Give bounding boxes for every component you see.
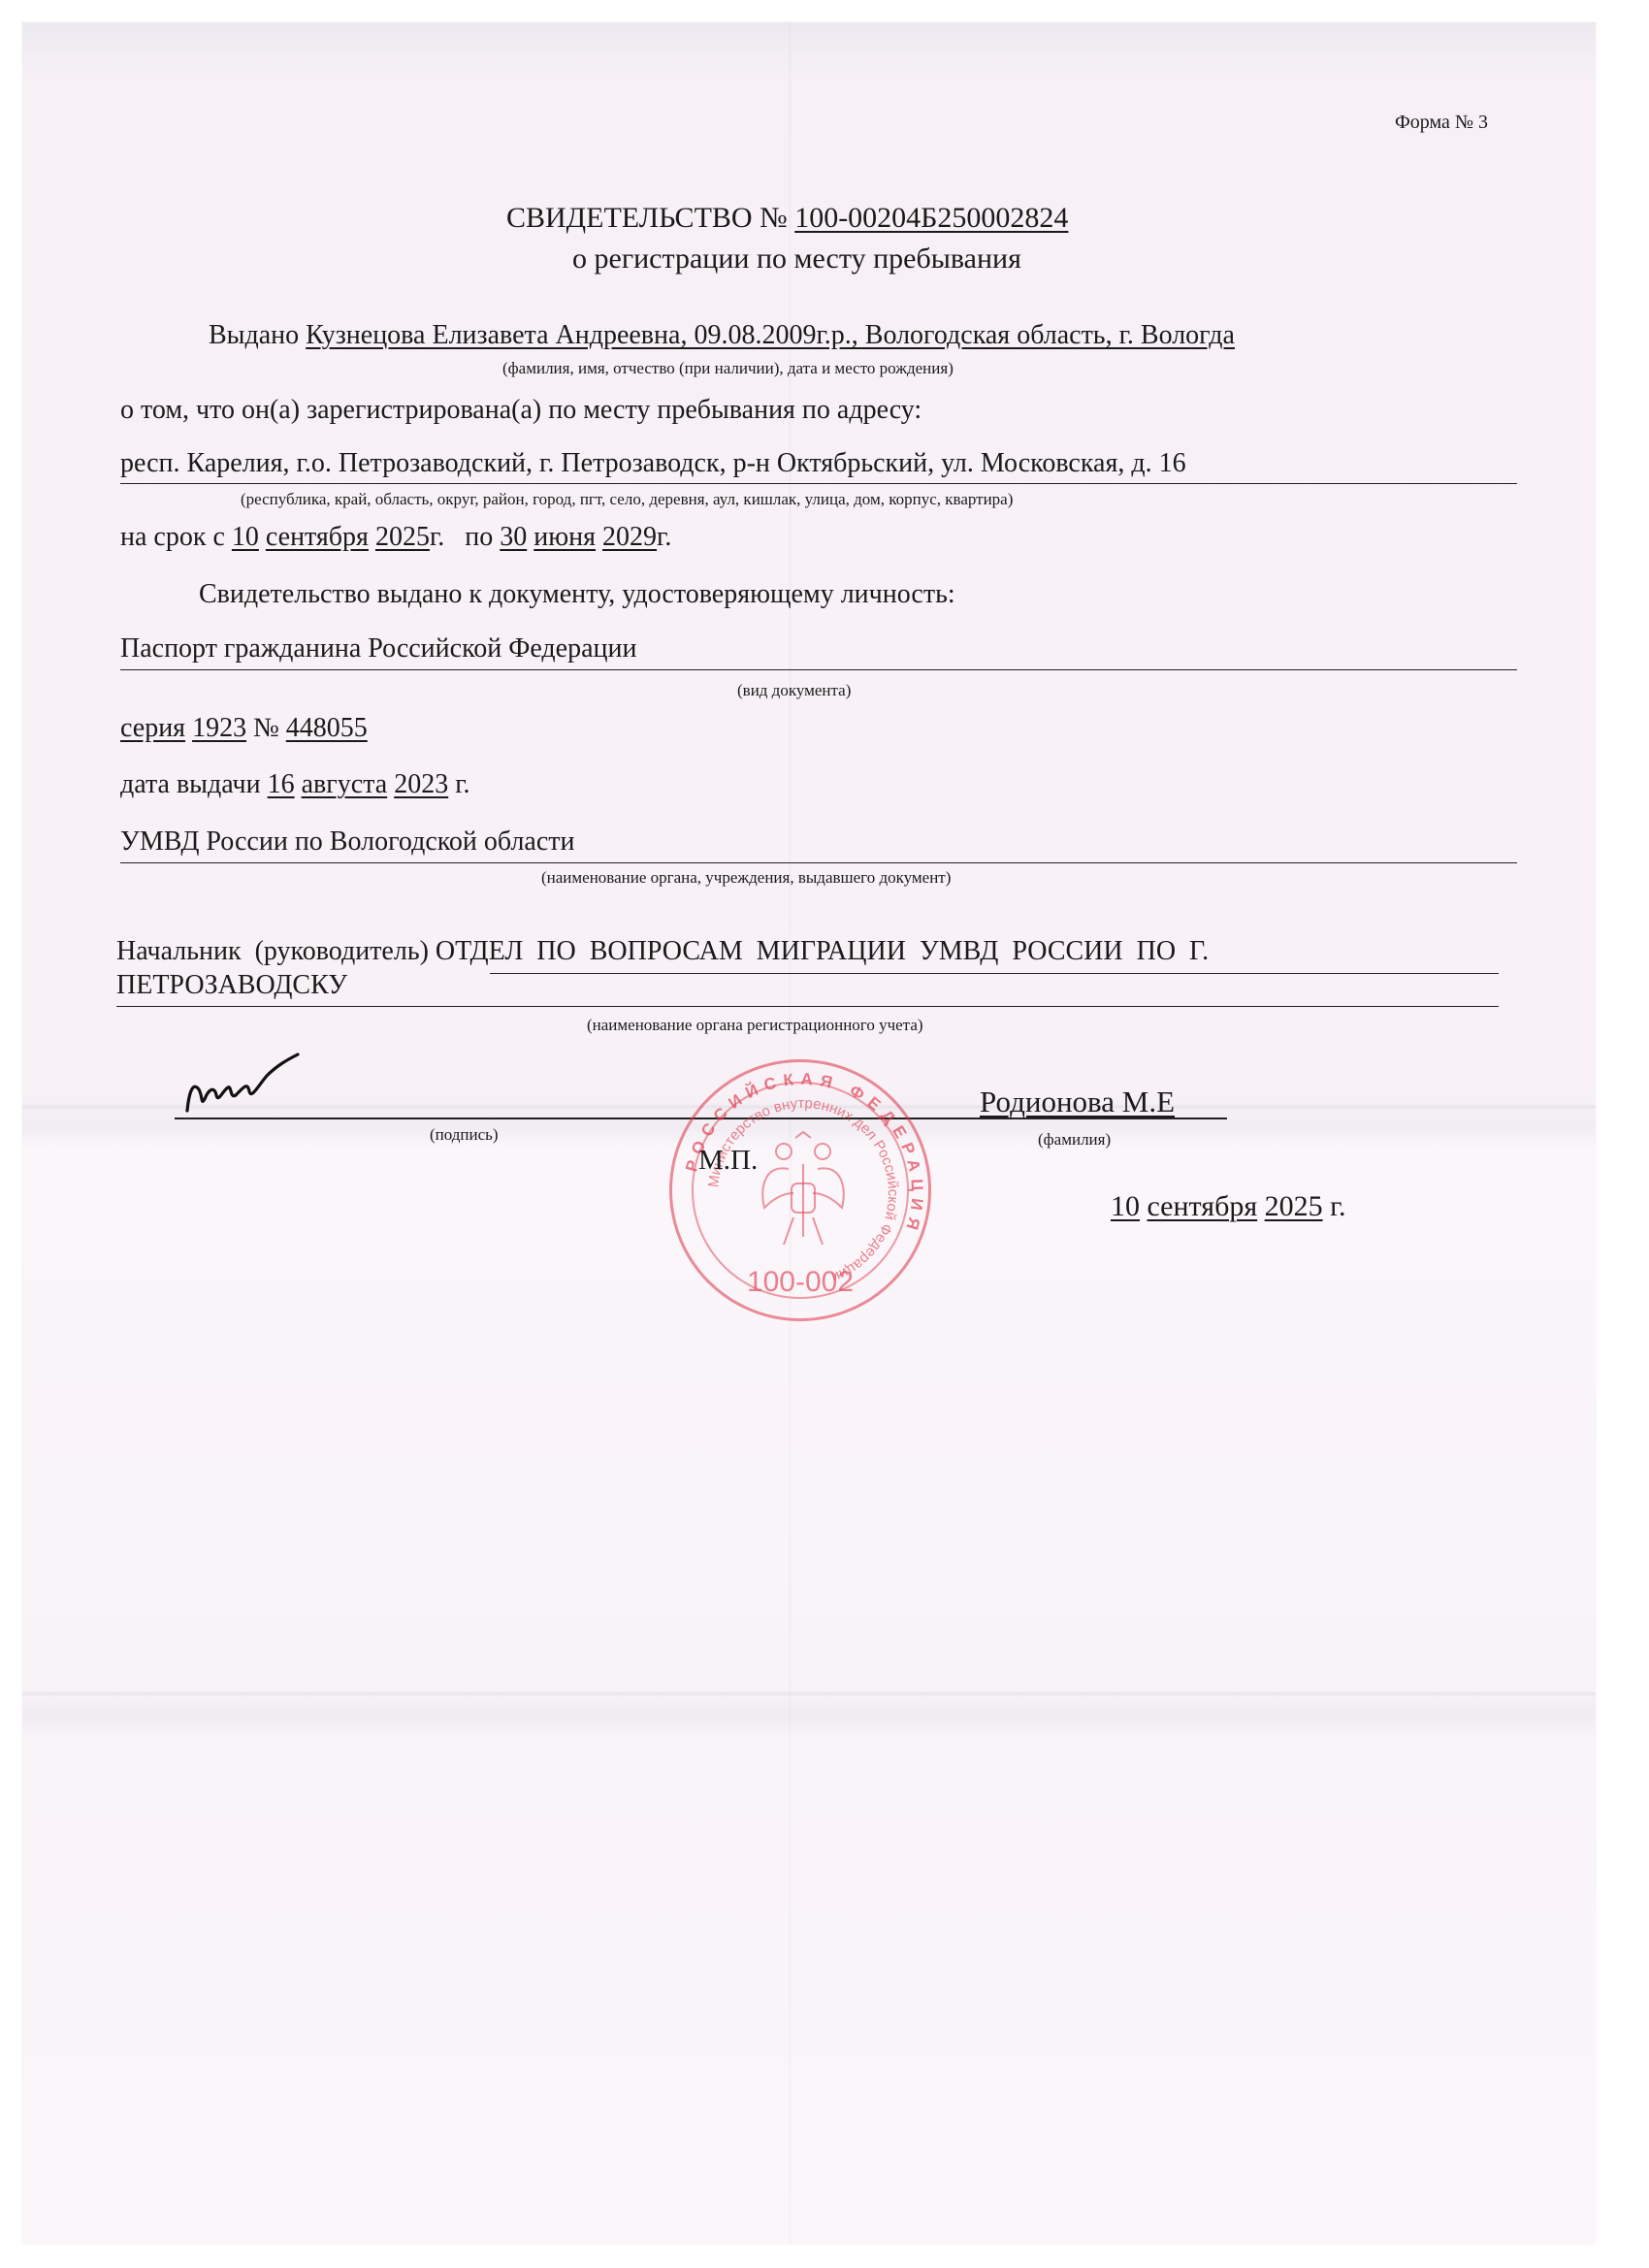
title-prefix: СВИДЕТЕЛЬСТВО № <box>506 202 788 234</box>
double-headed-eagle-icon <box>755 1130 852 1256</box>
issuer-underline <box>120 862 1517 863</box>
period-to-year: 2029 <box>602 522 657 552</box>
id-doc-type-value: Паспорт гражданина Российской Федерации <box>120 633 636 664</box>
registered-statement: о том, что он(а) зарегистрирована(а) по … <box>120 395 921 426</box>
registration-period: на срок с 10 сентября 2025г. по 30 июня … <box>120 522 671 553</box>
form-label: Форма № 3 <box>1395 112 1488 134</box>
period-from-month: сентября <box>266 522 369 552</box>
certificate-subtitle: о регистрации по месту пребывания <box>572 243 1021 275</box>
issued-to-hint: (фамилия, имя, отчество (при наличии), д… <box>502 359 954 378</box>
identity-statement: Свидетельство выдано к документу, удосто… <box>199 579 955 610</box>
number-label: № <box>253 713 279 743</box>
certificate-title: СВИДЕТЕЛЬСТВО № 100-00204Б250002824 <box>506 202 1068 235</box>
issue-day: 16 <box>268 769 295 799</box>
number-value: 448055 <box>286 713 368 743</box>
issue-date-row: дата выдачи 16 августа 2023 г. <box>120 769 470 800</box>
period-to-month: июня <box>533 522 596 552</box>
registration-authority-line2: ПЕТРОЗАВОДСКУ <box>116 970 347 1001</box>
sign-suffix: г. <box>1330 1190 1345 1222</box>
issuer-hint: (наименование органа, учреждения, выдавш… <box>541 868 951 888</box>
official-seal-stamp: РОССИЙСКАЯ ФЕДЕРАЦИЯ Министерство внутре… <box>669 1059 931 1321</box>
issued-to-label: Выдано <box>209 320 299 350</box>
issued-to-value: Кузнецова Елизавета Андреевна, 09.08.200… <box>306 320 1235 350</box>
official-surname: Родионова М.Е <box>980 1085 1175 1119</box>
passport-series-row: серия 1923 № 448055 <box>120 713 368 744</box>
period-to-suffix: г. <box>657 522 671 552</box>
signature-hint: (подпись) <box>430 1125 499 1145</box>
head-row: Начальник (руководитель) ОТДЕЛ ПО ВОПРОС… <box>116 936 1209 967</box>
period-prefix: на срок с <box>120 522 225 552</box>
id-doc-type-underline <box>120 669 1517 670</box>
handwritten-signature-icon <box>179 1053 306 1120</box>
registration-authority-underline-1 <box>490 973 1499 974</box>
registration-authority-hint: (наименование органа регистрационного уч… <box>587 1016 923 1035</box>
registration-authority-line1: ОТДЕЛ ПО ВОПРОСАМ МИГРАЦИИ УМВД РОССИИ П… <box>429 936 1209 966</box>
period-from-suffix: г. <box>430 522 444 552</box>
paper-fold-horizontal-lower <box>22 1691 1596 1697</box>
id-doc-type-hint: (вид документа) <box>737 681 851 700</box>
official-surname-text: Родионова М.Е <box>980 1085 1175 1118</box>
sign-day: 10 <box>1111 1190 1140 1222</box>
issue-year: 2023 <box>394 769 448 799</box>
registration-authority-underline-2 <box>116 1006 1499 1007</box>
sign-date: 10 сентября 2025 г. <box>1111 1190 1346 1223</box>
issue-month: августа <box>302 769 388 799</box>
address-underline <box>120 483 1517 484</box>
period-from-year: 2025 <box>375 522 430 552</box>
period-to-prefix: по <box>465 522 493 552</box>
address-value: респ. Карелия, г.о. Петрозаводский, г. П… <box>120 448 1186 479</box>
sign-month: сентября <box>1148 1190 1258 1222</box>
issue-date-label: дата выдачи <box>120 769 261 799</box>
sign-year: 2025 <box>1265 1190 1323 1222</box>
seal-code: 100-002 <box>672 1266 928 1299</box>
surname-hint: (фамилия) <box>1038 1130 1111 1150</box>
address-hint: (республика, край, область, округ, район… <box>241 490 1013 509</box>
series-label: серия <box>120 713 185 743</box>
period-from-day: 10 <box>232 522 259 552</box>
certificate-number: 100-00204Б250002824 <box>794 202 1068 234</box>
seal-place-label: М.П. <box>698 1145 758 1177</box>
issuer-value: УМВД России по Вологодской области <box>120 826 575 858</box>
series-value: 1923 <box>192 713 246 743</box>
issued-to-row: Выдано Кузнецова Елизавета Андреевна, 09… <box>209 320 1235 351</box>
period-to-day: 30 <box>500 522 527 552</box>
head-label: Начальник (руководитель) <box>116 936 429 966</box>
issue-suffix: г. <box>455 769 469 799</box>
